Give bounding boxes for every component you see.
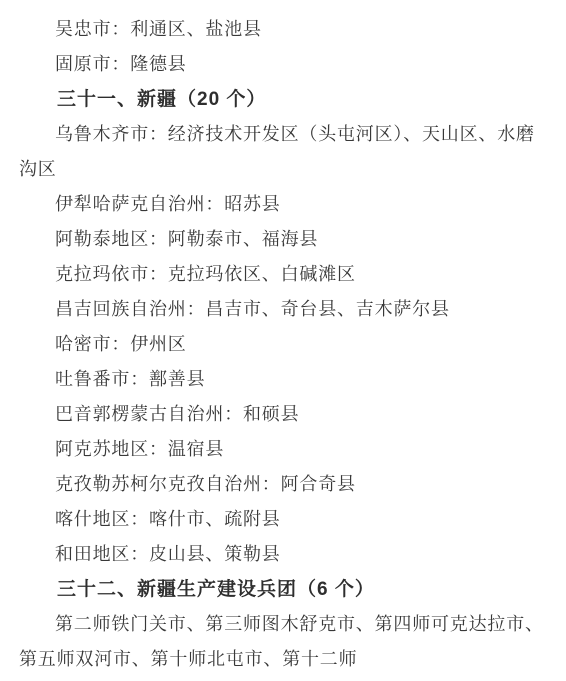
document-line: 固原市：隆德县 — [19, 47, 549, 82]
section-heading: 三十一、新疆（20 个） — [19, 82, 549, 117]
document-line: 乌鲁木齐市：经济技术开发区（头屯河区）、天山区、水磨 沟区 — [19, 117, 549, 187]
document-line: 巴音郭楞蒙古自治州：和硕县 — [19, 397, 549, 432]
document-line: 克拉玛依市：克拉玛依区、白碱滩区 — [19, 257, 549, 292]
document-line: 第二师铁门关市、第三师图木舒克市、第四师可克达拉市、 第五师双河市、第十师北屯市… — [19, 607, 549, 677]
document-line: 吐鲁番市：鄯善县 — [19, 362, 549, 397]
document-line: 哈密市：伊州区 — [19, 327, 549, 362]
document-body: 吴忠市：利通区、盐池县固原市：隆德县三十一、新疆（20 个）乌鲁木齐市：经济技术… — [19, 12, 549, 677]
document-line: 和田地区：皮山县、策勒县 — [19, 537, 549, 572]
document-page: 吴忠市：利通区、盐池县固原市：隆德县三十一、新疆（20 个）乌鲁木齐市：经济技术… — [0, 0, 566, 681]
document-line: 喀什地区：喀什市、疏附县 — [19, 502, 549, 537]
document-line: 伊犁哈萨克自治州：昭苏县 — [19, 187, 549, 222]
document-line: 克孜勒苏柯尔克孜自治州：阿合奇县 — [19, 467, 549, 502]
document-line: 昌吉回族自治州：昌吉市、奇台县、吉木萨尔县 — [19, 292, 549, 327]
document-line: 吴忠市：利通区、盐池县 — [19, 12, 549, 47]
document-line: 阿勒泰地区：阿勒泰市、福海县 — [19, 222, 549, 257]
document-line: 阿克苏地区：温宿县 — [19, 432, 549, 467]
section-heading: 三十二、新疆生产建设兵团（6 个） — [19, 572, 549, 607]
